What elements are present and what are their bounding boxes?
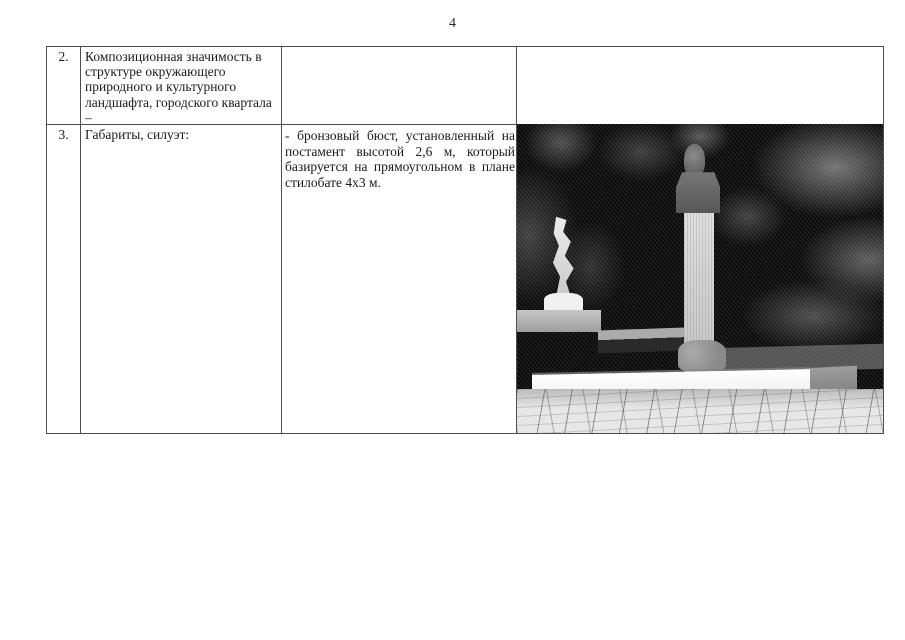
row-number: 2.	[58, 49, 68, 64]
criterion-line: Композиционная значимость в	[85, 49, 279, 64]
scanned-document-page: { "page": { "number": "4" }, "table": { …	[0, 0, 905, 640]
photo-pavement	[517, 389, 883, 433]
photo-wreath	[678, 340, 726, 371]
photo-background-car	[544, 293, 582, 312]
photo-left-ledge	[517, 310, 601, 332]
table-row2-value-cell-empty	[282, 47, 517, 125]
photo-bust-head	[684, 144, 705, 176]
page-number: 4	[0, 16, 905, 32]
criterion-line: Габариты, силуэт:	[85, 127, 279, 142]
table-row3-number-cell: 3.	[47, 125, 81, 433]
photo-bench	[598, 328, 684, 354]
table-row3-value-cell: - бронзовый бюст, установленный на поста…	[282, 125, 517, 433]
value-line: стилобате 4х3 м.	[285, 175, 515, 191]
row-number: 3.	[58, 127, 68, 142]
criterion-line: природного и культурного	[85, 79, 279, 94]
photo-bust-shoulders	[676, 172, 721, 213]
value-line: - бронзовый бюст, установленный на	[285, 128, 515, 144]
criteria-table: 2. Композиционная значимость в структуре…	[46, 46, 884, 434]
criterion-line: структуре окружающего	[85, 64, 279, 79]
monument-bust-photo	[517, 124, 883, 433]
criterion-line: ландшафта, городского квартала –	[85, 95, 279, 125]
table-row3-criterion-cell: Габариты, силуэт:	[81, 125, 282, 433]
table-photo-cell	[517, 47, 883, 433]
table-row2-number-cell: 2.	[47, 47, 81, 125]
table-row2-criterion-cell: Композиционная значимость в структуре ок…	[81, 47, 282, 125]
value-line: базируется на прямоугольном в плане	[285, 159, 515, 175]
value-line: постамент высотой 2,6 м, который	[285, 144, 515, 160]
